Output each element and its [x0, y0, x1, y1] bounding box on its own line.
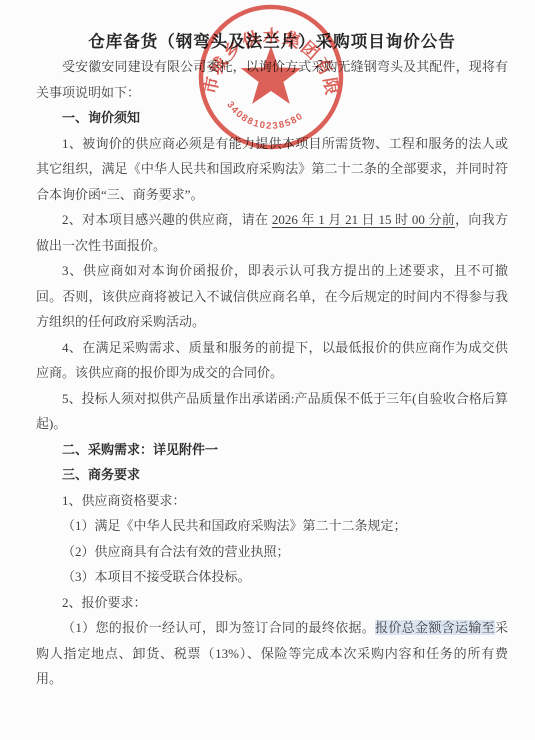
section3-heading: 三、商务要求: [36, 462, 508, 488]
quote-item1: （1）您的报价一经认可，即为签订合同的最终依据。报价总金额含运输至采购人指定地点…: [36, 615, 508, 692]
item2-prefix: 2、对本项目感兴趣的供应商，请在: [62, 212, 272, 227]
section1-item3: 3、供应商如对本询价函报价，即表示认可我方提出的上述要求，且不可撤回。否则，该供…: [36, 258, 508, 335]
qualification-item3: （3）本项目不接受联合体投标。: [36, 564, 508, 590]
section1-item2: 2、对本项目感兴趣的供应商，请在 2026 年 1 月 21 日 15 时 00…: [36, 207, 508, 258]
qualification-item2: （2）供应商具有合法有效的营业执照；: [36, 539, 508, 565]
section1-heading: 一、询价须知: [36, 105, 508, 131]
section2-heading: 二、采购需求：详见附件一: [36, 437, 508, 463]
quote-heading: 2、报价要求：: [36, 590, 508, 616]
document-title: 仓库备货（钢弯头及法兰片）采购项目询价公告: [36, 30, 508, 54]
qualification-item1: （1）满足《中华人民共和国政府采购法》第二十二条规定；: [36, 513, 508, 539]
qualification-heading: 1、供应商资格要求：: [36, 488, 508, 514]
quote1-prefix: （1）您的报价一经认可，即为签订合同的最终依据。: [62, 620, 375, 635]
quote1-highlighted-text: 报价总金额含运输至: [375, 620, 495, 635]
item2-deadline: 2026 年 1 月 21 日 15 时 00 分前: [272, 212, 455, 227]
section1-item1: 1、被询价的供应商必须是有能力提供本项目所需货物、工程和服务的法人或其它组织，满…: [36, 131, 508, 208]
section1-item5: 5、投标人须对拟供产品质量作出承诺函:产品质保不低于三年(自验收合格后算起)。: [36, 386, 508, 437]
intro-paragraph: 受安徽安同建设有限公司委托，以询价方式采购无缝钢弯头及其配件，现将有关事项说明如…: [36, 54, 508, 105]
scanned-document-page: 仓库备货（钢弯头及法兰片）采购项目询价公告 市城乡供水集团有限公司 340881…: [0, 0, 535, 740]
section1-item4: 4、在满足采购需求、质量和服务的前提下，以最低报价的供应商作为成交供应商。该供应…: [36, 335, 508, 386]
